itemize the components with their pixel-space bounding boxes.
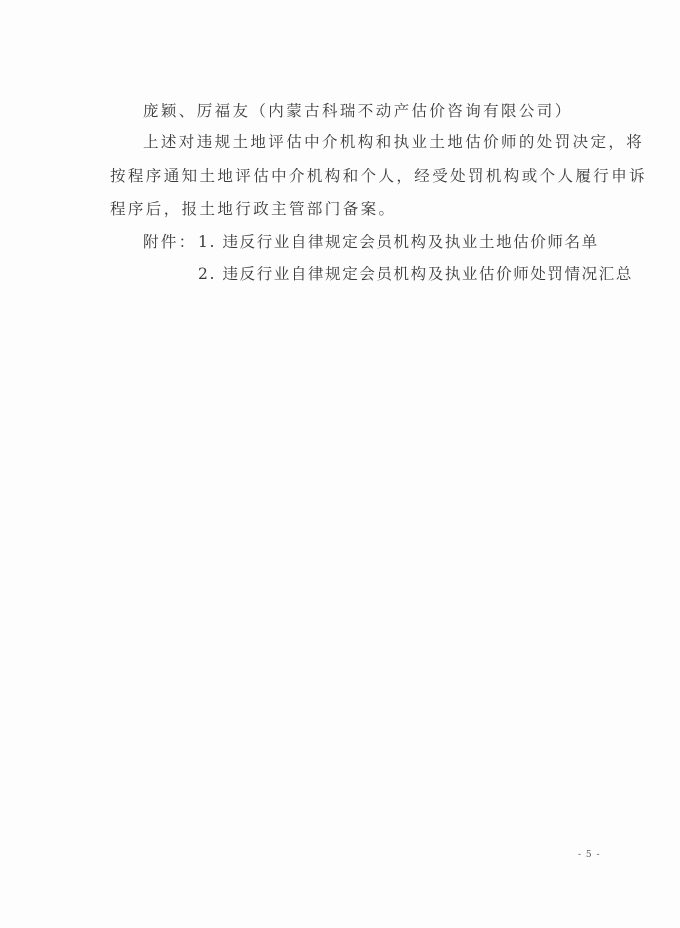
paragraph-line-1: 庞颖、厉福友（内蒙古科瑞不动产估价咨询有限公司） bbox=[143, 101, 573, 121]
attachment-item-2: 2. 违反行业自律规定会员机构及执业估价师处罚情况汇总 bbox=[198, 264, 633, 284]
paragraph-line-2: 上述对违规土地评估中介机构和执业土地估价师的处罚决定，将 bbox=[143, 132, 644, 152]
paragraph-line-4: 程序后，报土地行政主管部门备案。 bbox=[110, 199, 396, 219]
attachments-label: 附件： bbox=[143, 232, 197, 252]
page-number: - 5 - bbox=[578, 850, 601, 860]
paragraph-line-3: 按程序通知土地评估中介机构和个人，经受处罚机构或个人履行申诉 bbox=[110, 166, 647, 186]
attachment-item-1: 1. 违反行业自律规定会员机构及执业土地估价师名单 bbox=[198, 232, 599, 252]
